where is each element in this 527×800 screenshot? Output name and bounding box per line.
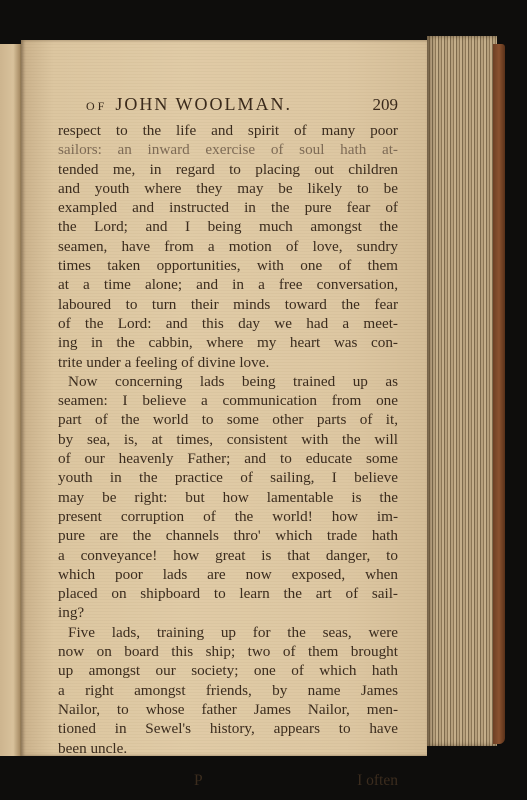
text-line: sailors: an inward exercise of soul hath… <box>58 140 398 159</box>
text-line: times taken opportunities, with one of t… <box>58 256 398 275</box>
text-line: of our heavenly Father; and to educate s… <box>58 449 398 468</box>
text-line: Now concerning lads being trained up as <box>58 372 398 391</box>
running-head: OFJOHN WOOLMAN. 209 <box>58 94 398 115</box>
running-head-prefix: OF <box>86 99 107 113</box>
left-page-edge <box>0 44 22 756</box>
text-line: now on board this ship; two of them brou… <box>58 642 398 661</box>
text-line: seamen: I believe a communication from o… <box>58 391 398 410</box>
catchword: I often <box>357 772 398 790</box>
text-line: which poor lads are now exposed, when <box>58 565 398 584</box>
page-footer: P I often <box>58 772 398 790</box>
page-block-edges <box>427 36 497 746</box>
page-number: 209 <box>373 95 399 115</box>
text-line: trite under a feeling of divine love. <box>58 353 398 372</box>
signature-mark: P <box>194 772 203 790</box>
text-line: been uncle. <box>58 739 398 758</box>
text-line: a conveyance! how great is that danger, … <box>58 546 398 565</box>
running-head-title-group: OFJOHN WOOLMAN. <box>86 94 292 115</box>
text-line: tioned in Sewel's history, appears to ha… <box>58 719 398 738</box>
page-text-area: OFJOHN WOOLMAN. 209 respect to the life … <box>58 94 398 790</box>
text-line: Nailor, to whose father James Nailor, me… <box>58 700 398 719</box>
text-line: a right amongst friends, by name James <box>58 681 398 700</box>
text-line: seamen, have from a motion of love, sund… <box>58 237 398 256</box>
text-line: ing in the cabbin, where my heart was co… <box>58 333 398 352</box>
text-line: part of the world to some other parts of… <box>58 410 398 429</box>
text-line: of the Lord: and this day we had a meet- <box>58 314 398 333</box>
body-text: respect to the life and spirit of many p… <box>58 121 398 758</box>
text-line: ing? <box>58 603 398 622</box>
text-line: at a time alone; and in a free conversat… <box>58 275 398 294</box>
text-line: pure are the channels thro' which trade … <box>58 526 398 545</box>
text-line: up amongst our society; one of which hat… <box>58 661 398 680</box>
text-line: Five lads, training up for the seas, wer… <box>58 623 398 642</box>
text-line: and youth where they may be likely to be <box>58 179 398 198</box>
running-head-title: JOHN WOOLMAN. <box>115 94 292 114</box>
text-line: laboured to turn their minds toward the … <box>58 295 398 314</box>
text-line: placed on shipboard to learn the art of … <box>58 584 398 603</box>
text-line: may be right: but how lamentable is the <box>58 488 398 507</box>
text-line: exampled and instructed in the pure fear… <box>58 198 398 217</box>
text-line: present corruption of the world! how im- <box>58 507 398 526</box>
leather-cover-edge <box>493 44 505 744</box>
text-line: youth in the practice of sailing, I beli… <box>58 468 398 487</box>
text-line: respect to the life and spirit of many p… <box>58 121 398 140</box>
text-line: the Lord; and I being much amongst the <box>58 217 398 236</box>
text-line: tended me, in regard to placing out chil… <box>58 160 398 179</box>
text-line: by sea, is, at times, consistent with th… <box>58 430 398 449</box>
